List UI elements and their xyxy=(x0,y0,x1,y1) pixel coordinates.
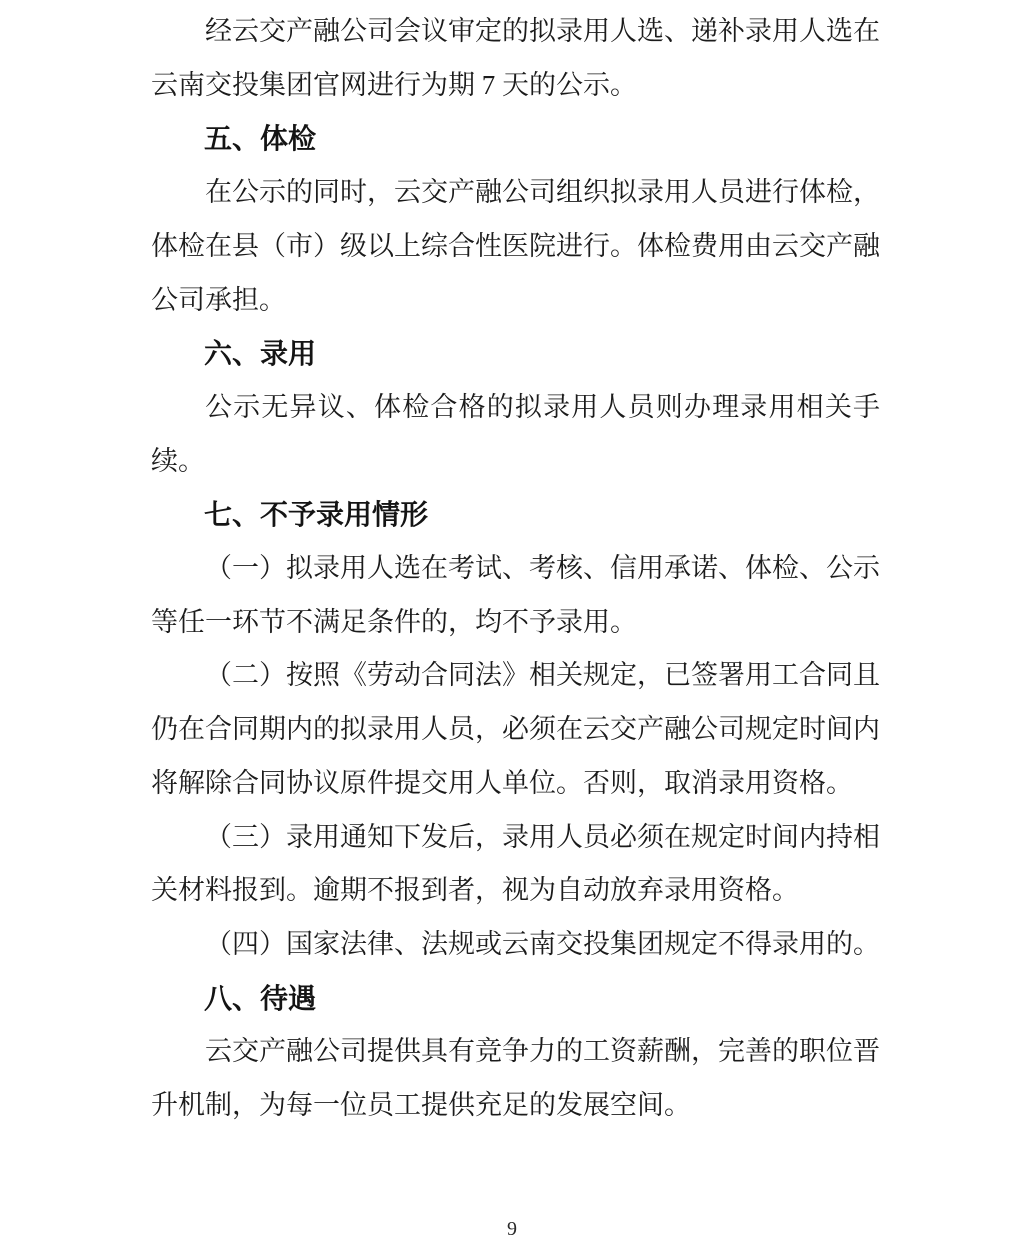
paragraph-publicity: 经云交产融公司会议审定的拟录用人选、递补录用人选在云南交投集团官网进行为期 7 … xyxy=(151,5,880,112)
heading-5-physical-exam: 五、体检 xyxy=(151,112,880,166)
heading-6-employment: 六、录用 xyxy=(151,327,880,381)
document-body: 经云交产融公司会议审定的拟录用人选、递补录用人选在云南交投集团官网进行为期 7 … xyxy=(0,0,1024,1133)
heading-7-rejection-cases: 七、不予录用情形 xyxy=(151,488,880,542)
paragraph-compensation: 云交产融公司提供具有竞争力的工资薪酬，完善的职位晋升机制，为每一位员工提供充足的… xyxy=(151,1025,880,1132)
paragraph-physical-exam: 在公示的同时，云交产融公司组织拟录用人员进行体检，体检在县（市）级以上综合性医院… xyxy=(151,166,880,327)
paragraph-rejection-item-4: （四）国家法律、法规或云南交投集团规定不得录用的。 xyxy=(151,918,880,972)
paragraph-rejection-item-1: （一）拟录用人选在考试、考核、信用承诺、体检、公示等任一环节不满足条件的，均不予… xyxy=(151,542,880,649)
heading-8-compensation: 八、待遇 xyxy=(151,972,880,1026)
paragraph-rejection-item-2: （二）按照《劳动合同法》相关规定，已签署用工合同且仍在合同期内的拟录用人员，必须… xyxy=(151,649,880,810)
page-number: 9 xyxy=(0,1216,1024,1242)
paragraph-employment: 公示无异议、体检合格的拟录用人员则办理录用相关手续。 xyxy=(151,381,880,488)
paragraph-rejection-item-3: （三）录用通知下发后，录用人员必须在规定时间内持相关材料报到。逾期不报到者，视为… xyxy=(151,811,880,918)
document-page: 经云交产融公司会议审定的拟录用人选、递补录用人选在云南交投集团官网进行为期 7 … xyxy=(0,0,1024,1246)
